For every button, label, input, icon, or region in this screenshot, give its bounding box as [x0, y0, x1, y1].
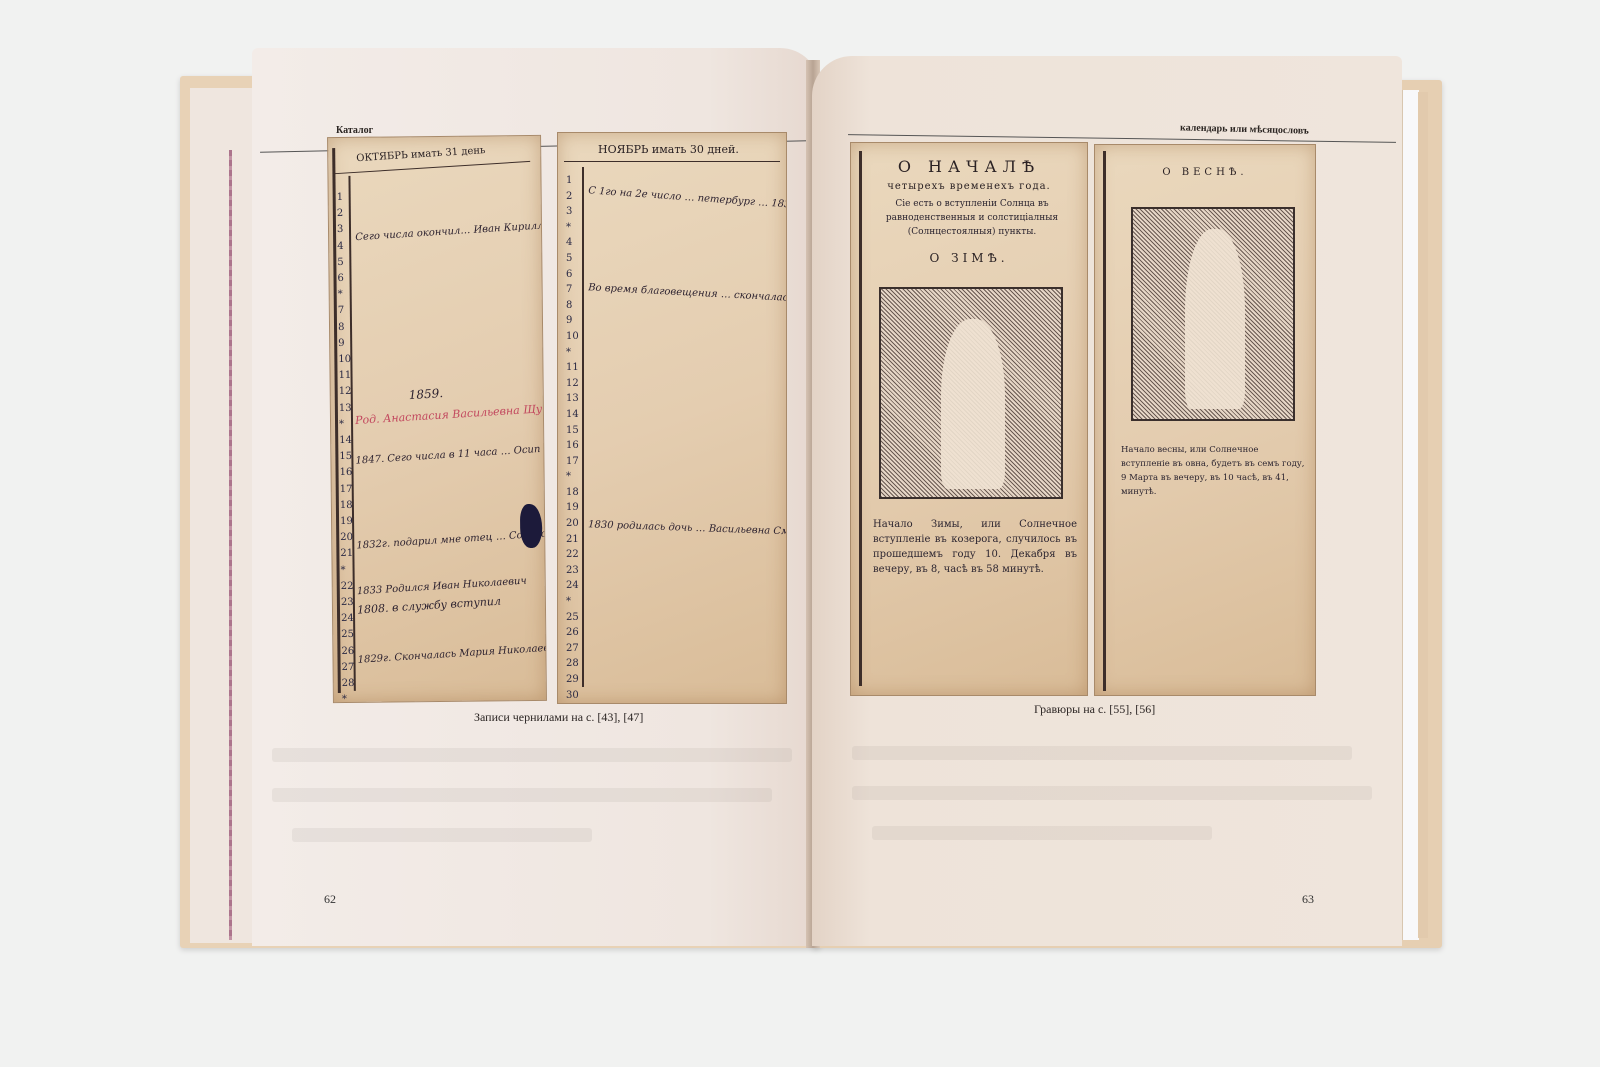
handwritten-entry: 1859.: [408, 386, 443, 402]
handwritten-entry: Во время благовещения … скончалась … Еле…: [588, 282, 787, 311]
show-through-text: [292, 828, 592, 842]
left-page: Каталог ОКТЯБРЬ имать 31 день 123456*789…: [252, 48, 820, 946]
handwritten-entry: 1829г. Скончалась Мария Николаевна Сморо…: [357, 638, 547, 666]
page-edges: [1402, 90, 1419, 940]
scan-section-title: О ВЕСНѢ.: [1095, 167, 1315, 178]
scan-heading: О НАЧАЛѢ: [851, 157, 1087, 176]
scan-section-title: О ЗІМѢ.: [851, 251, 1087, 265]
ink-blot: [520, 504, 542, 548]
handwritten-entry: 1808. в службу вступил: [357, 595, 502, 617]
handwritten-entry: 1830 родилась дочь … Васильевна Смирнова…: [588, 519, 787, 541]
show-through-text: [272, 788, 772, 802]
right-page: календарь или мѣсяцословъ О НАЧАЛѢ четыр…: [812, 56, 1402, 946]
figure-caption: Гравюры на с. [55], [56]: [1034, 702, 1155, 717]
show-through-text: [852, 786, 1372, 800]
show-through-text: [852, 746, 1352, 760]
engraving-figure: [941, 319, 1005, 489]
running-head-left: Каталог: [336, 125, 373, 136]
show-through-text: [272, 748, 792, 762]
scan-border: [859, 151, 862, 686]
scan-subheading: четырехъ временехъ года.: [851, 181, 1087, 192]
engraving-spring: [1131, 207, 1295, 421]
engraving-winter: [879, 287, 1063, 499]
day-numbers: 123*45678910*11121314151617*181920212223…: [566, 173, 580, 703]
engraving-figure: [1185, 229, 1245, 409]
handwritten-entry: 1832г. подарил мне отец … Соколов Шапорк…: [356, 525, 547, 552]
page-number: 63: [1302, 892, 1314, 907]
scan-winter: О НАЧАЛѢ четырехъ временехъ года. Сіе ес…: [850, 142, 1088, 696]
scan-october: ОКТЯБРЬ имать 31 день 123456*78910111213…: [327, 135, 547, 703]
handwritten-entry: 1833 Родился Иван Николаевич: [357, 576, 527, 598]
scan-body-text: Начало весны, или Солнечное вступленіе в…: [1121, 443, 1307, 499]
show-through-text: [872, 826, 1212, 840]
cover-edge: [1418, 92, 1428, 938]
column-rule: [582, 167, 584, 687]
scan-title: НОЯБРЬ имать 30 дней.: [598, 143, 739, 156]
flyleaf-ink-line: [229, 150, 232, 940]
running-head-right: календарь или мѣсяцословъ: [1180, 122, 1309, 136]
page-number: 62: [324, 892, 336, 907]
scan-title: ОКТЯБРЬ имать 31 день: [356, 145, 486, 164]
scan-body-text: Начало Зимы, или Солнечное вступленіе въ…: [873, 517, 1077, 577]
handwritten-entry: 1847. Сего числа в 11 часа … Осип Осипов…: [355, 437, 547, 467]
handwritten-entry: Сего числа окончил… Иван Кириллович Невз…: [355, 207, 547, 243]
scan-border: [1103, 151, 1106, 691]
scan-rule: [564, 161, 780, 162]
scan-november: НОЯБРЬ имать 30 дней. 123*45678910*11121…: [557, 132, 787, 704]
handwritten-entry: С 1го на 2е число … петербург … 1832 г.: [588, 185, 787, 211]
handwritten-entry-red: Род. Анастасия Васильевна Щурашкова: [355, 399, 547, 427]
scan-intro-text: Сіе есть о вступленіи Солнца въ равноден…: [865, 197, 1079, 239]
figure-caption: Записи чернилами на с. [43], [47]: [474, 710, 643, 725]
scan-spring: О ВЕСНѢ. Начало весны, или Солнечное вст…: [1094, 144, 1316, 696]
